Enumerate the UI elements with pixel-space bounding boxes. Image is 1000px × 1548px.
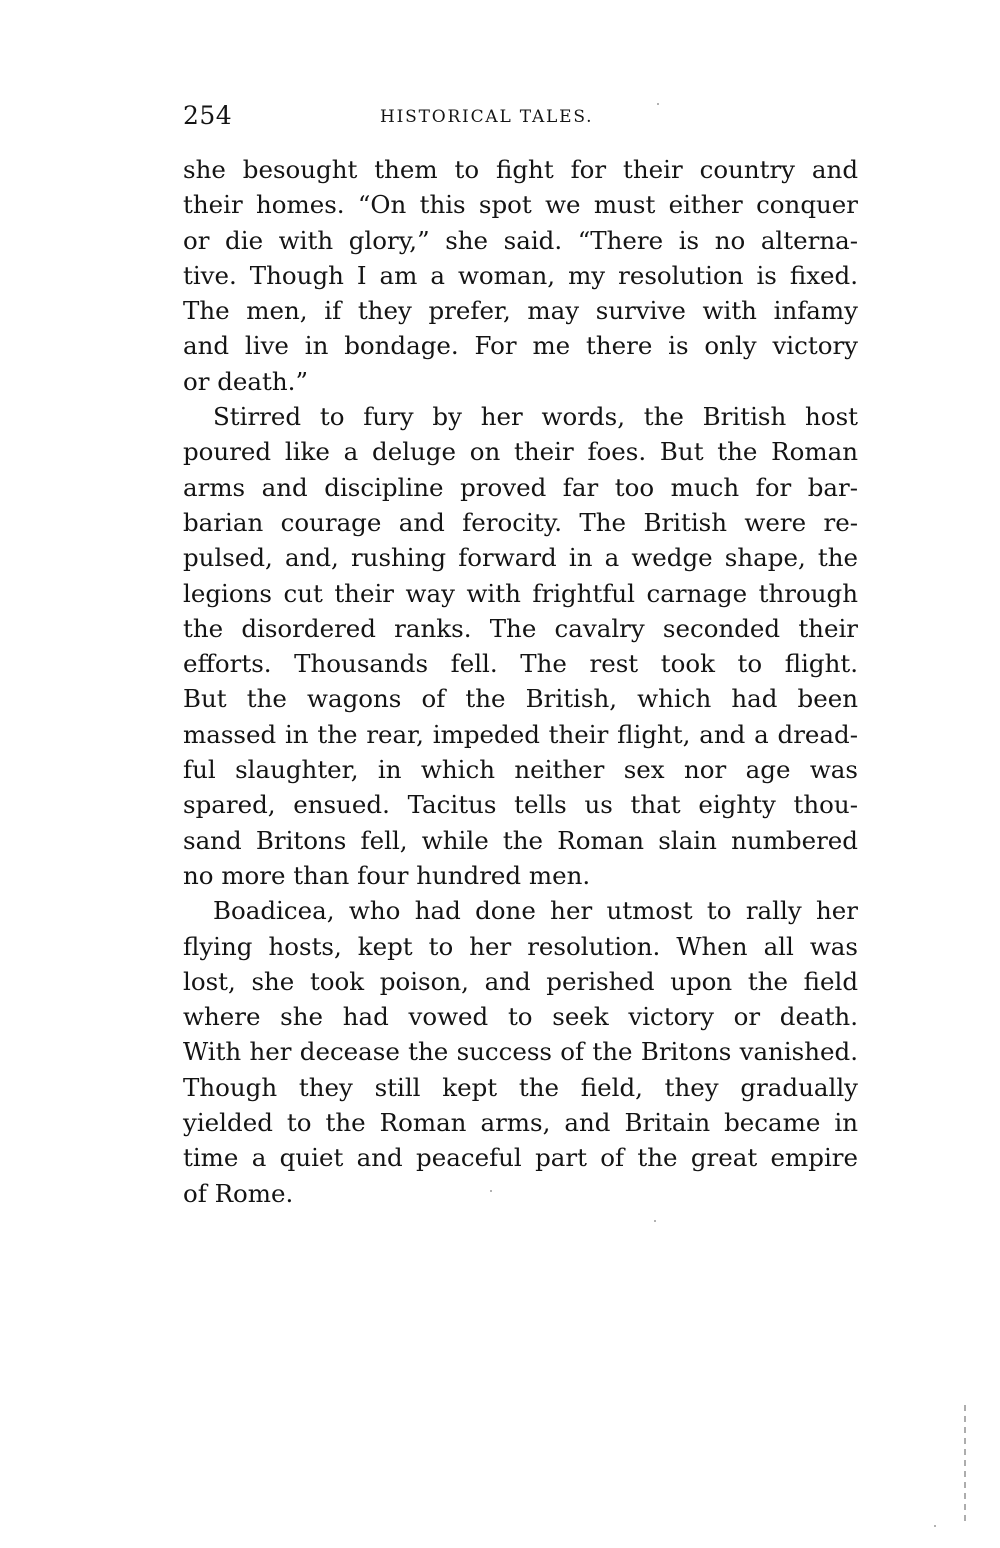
paragraph: Boadicea, who had done her utmost to ral… <box>183 893 858 1211</box>
text-line: arms and discipline proved far too much … <box>183 470 858 505</box>
text-line: spared, ensued. Tacitus tells us that ei… <box>183 787 858 822</box>
text-line: or die with glory,” she said. “There is … <box>183 223 858 258</box>
text-line: no more than four hundred men. <box>183 858 858 893</box>
text-line: their homes. “On this spot we must eithe… <box>183 187 858 222</box>
scan-speck <box>934 1525 936 1527</box>
text-line: barian courage and ferocity. The British… <box>183 505 858 540</box>
body-text: she besought them to fight for their cou… <box>183 152 858 1211</box>
text-line: flying hosts, kept to her resolution. Wh… <box>183 929 858 964</box>
scan-speck <box>654 1220 656 1222</box>
running-title: HISTORICAL TALES. <box>380 103 593 131</box>
text-line: the disordered ranks. The cavalry second… <box>183 611 858 646</box>
text-line: time a quiet and peaceful part of the gr… <box>183 1140 858 1175</box>
text-line: of Rome. <box>183 1176 858 1211</box>
text-line: legions cut their way with frightful car… <box>183 576 858 611</box>
paragraph: Stirred to fury by her words, the Britis… <box>183 399 858 893</box>
text-line: sand Britons fell, while the Roman slain… <box>183 823 858 858</box>
text-line: or death.” <box>183 364 858 399</box>
text-line: efforts. Thousands fell. The rest took t… <box>183 646 858 681</box>
paragraph: she besought them to fight for their cou… <box>183 152 858 399</box>
scan-edge-artifact <box>964 1405 966 1525</box>
text-line: tive. Though I am a woman, my resolution… <box>183 258 858 293</box>
text-line: lost, she took poison, and perished upon… <box>183 964 858 999</box>
running-head: 254 HISTORICAL TALES. <box>183 100 858 132</box>
text-line: With her decease the success of the Brit… <box>183 1034 858 1069</box>
scan-speck <box>657 103 659 105</box>
text-line: and live in bondage. For me there is onl… <box>183 328 858 363</box>
text-line: The men, if they prefer, may survive wit… <box>183 293 858 328</box>
text-line: massed in the rear, impeded their flight… <box>183 717 858 752</box>
text-line: But the wagons of the British, which had… <box>183 681 858 716</box>
book-page: 254 HISTORICAL TALES. she besought them … <box>0 0 1000 1548</box>
text-line: Though they still kept the field, they g… <box>183 1070 858 1105</box>
text-line: Stirred to fury by her words, the Britis… <box>183 399 858 434</box>
text-line: pulsed, and, rushing forward in a wedge … <box>183 540 858 575</box>
text-line: yielded to the Roman arms, and Britain b… <box>183 1105 858 1140</box>
text-line: Boadicea, who had done her utmost to ral… <box>183 893 858 928</box>
text-line: ful slaughter, in which neither sex nor … <box>183 752 858 787</box>
scan-speck <box>490 1190 492 1192</box>
text-line: she besought them to fight for their cou… <box>183 152 858 187</box>
page-number: 254 <box>183 100 232 132</box>
text-line: where she had vowed to seek victory or d… <box>183 999 858 1034</box>
text-line: poured like a deluge on their foes. But … <box>183 434 858 469</box>
